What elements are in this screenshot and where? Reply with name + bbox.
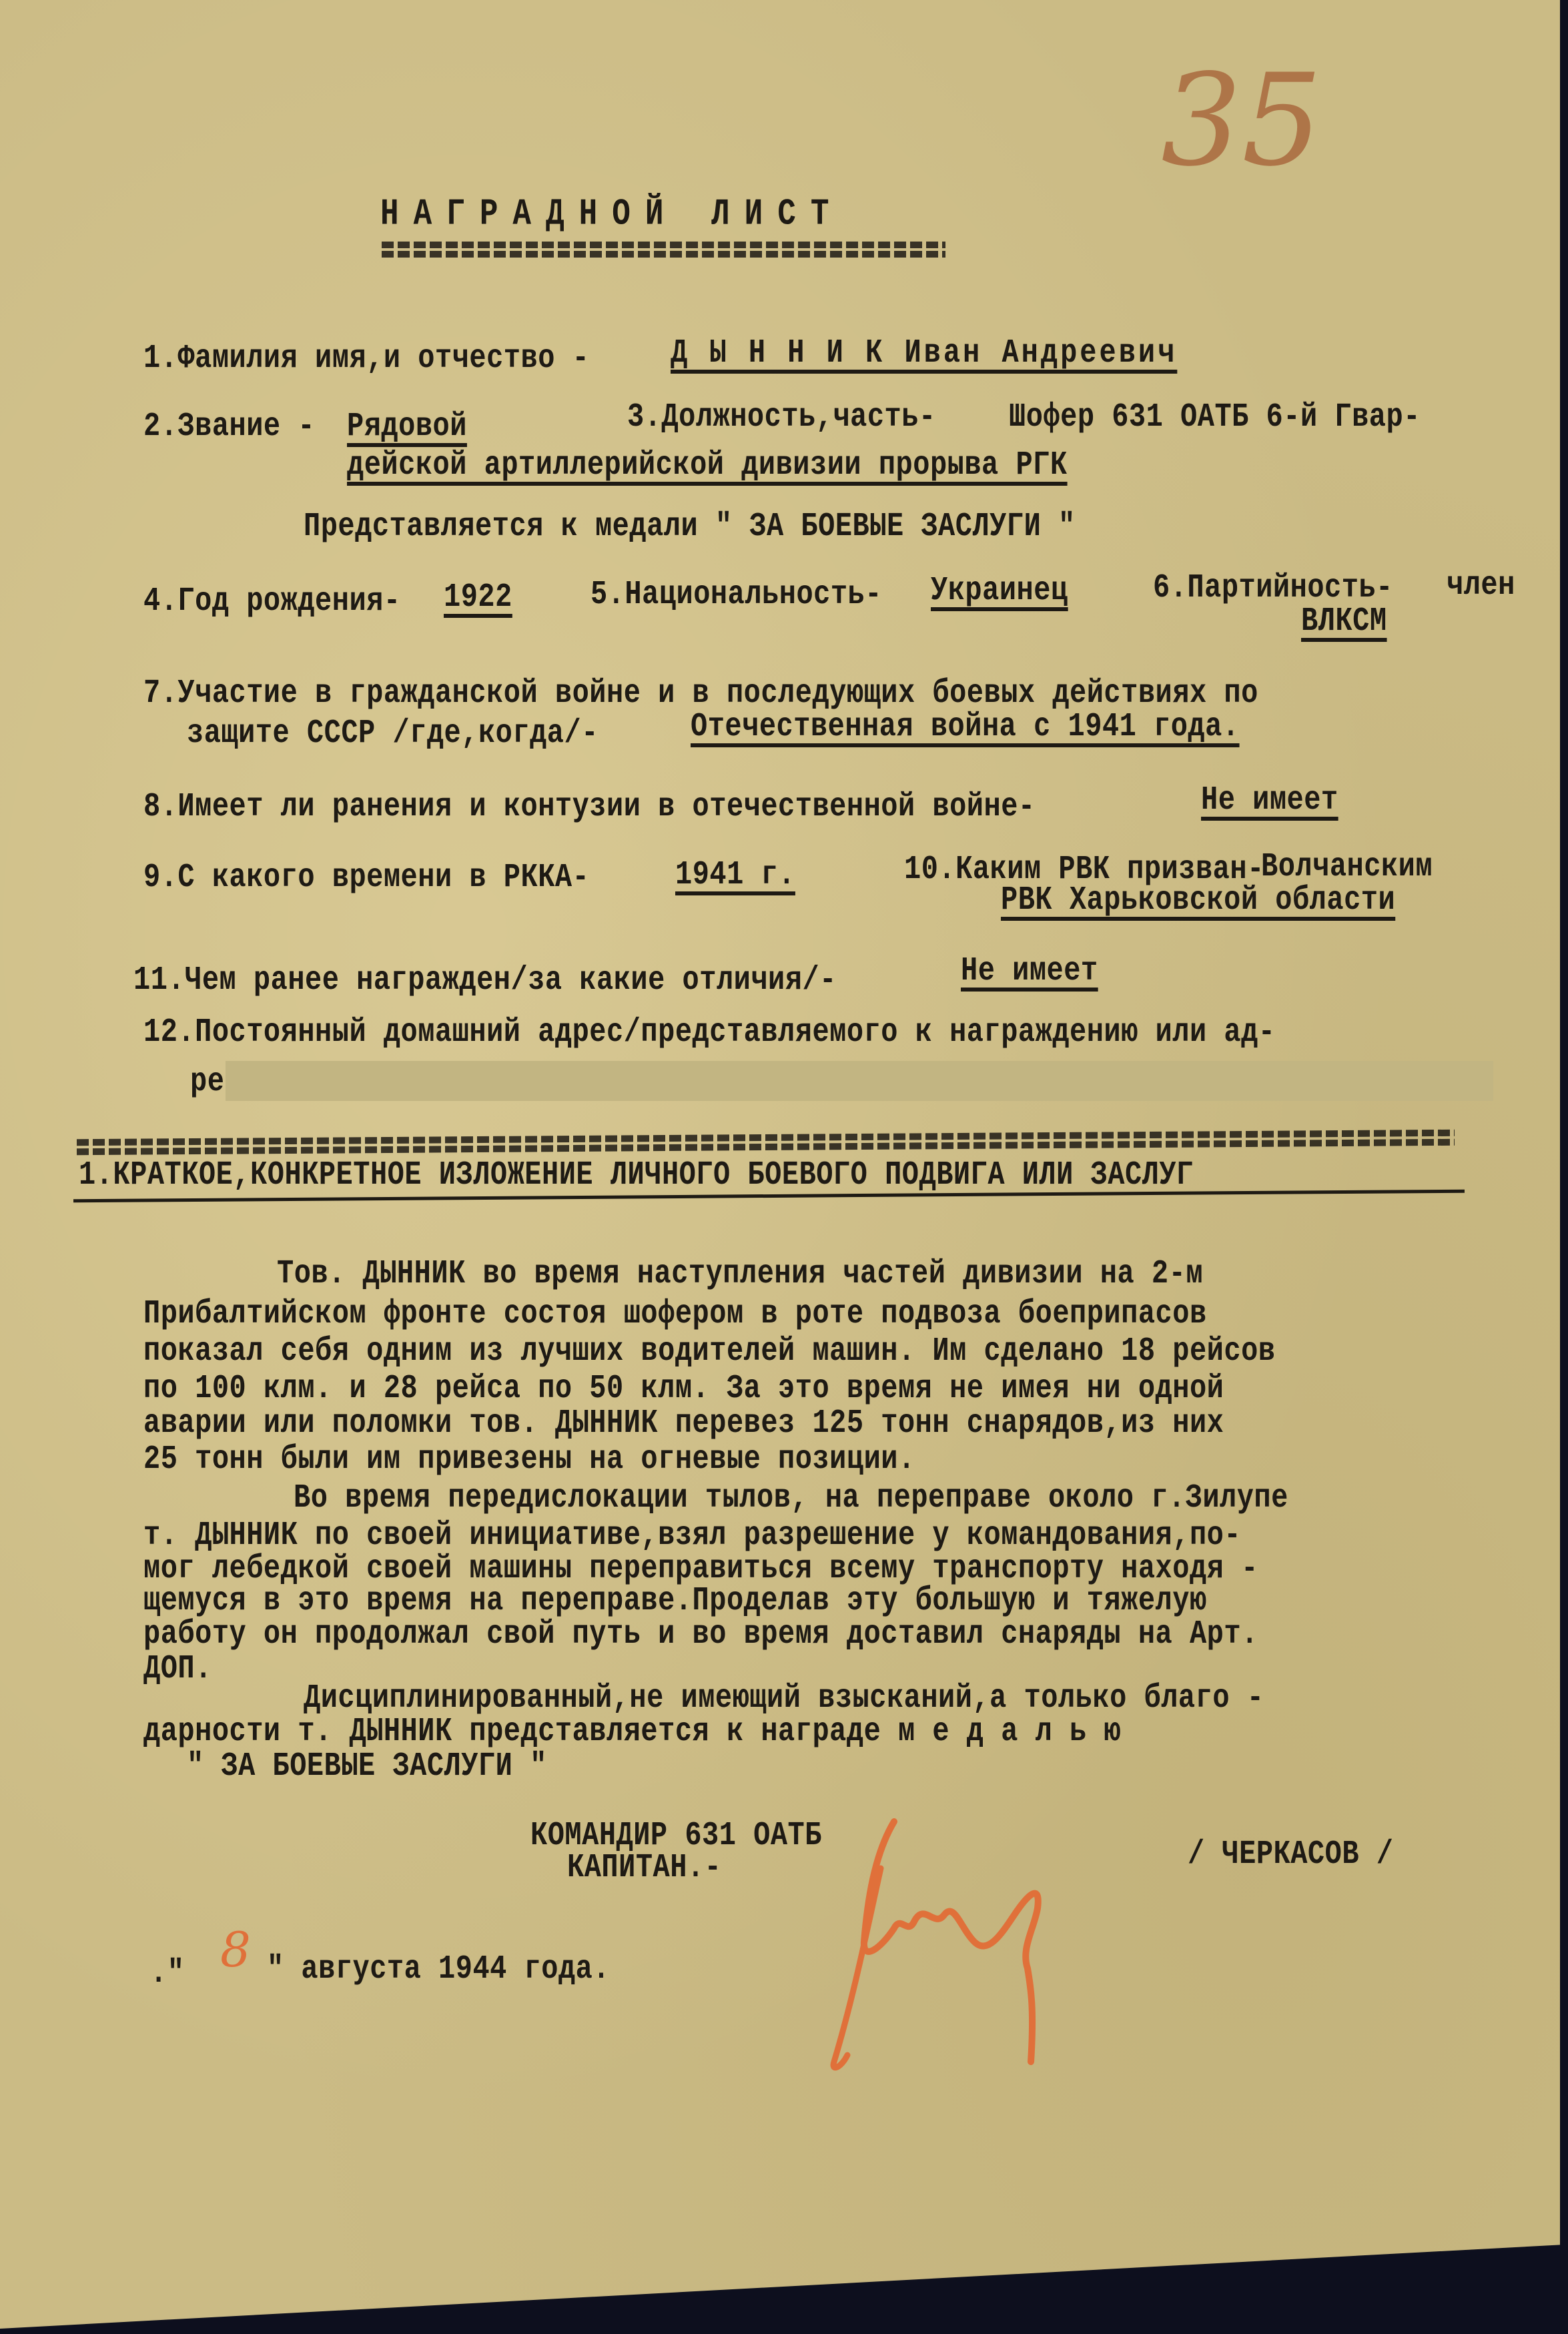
body-line: Прибалтийском фронте состоя шофером в ро…: [143, 1294, 1207, 1333]
body-line: ДОП.: [143, 1649, 212, 1688]
field-10-value-line1: Волчанским: [1261, 847, 1433, 886]
field-2-value: Рядовой: [347, 407, 467, 446]
field-5-label: 5.Национальность-: [591, 575, 882, 614]
field-4-label: 4.Год рождения-: [143, 582, 401, 621]
signer-rank: КАПИТАН.-: [567, 1848, 721, 1887]
field-8-label: 8.Имеет ли ранения и контузии в отечеств…: [143, 787, 1036, 826]
title-divider: [382, 242, 945, 248]
handwritten-signature: [801, 1795, 1174, 2075]
body-line: Тов. ДЫННИК во время наступления частей …: [277, 1254, 1203, 1293]
field-4-value: 1922: [444, 578, 512, 617]
field-2-label: 2.Звание -: [143, 407, 315, 446]
field-6-value-line2: ВЛКСМ: [1301, 602, 1387, 641]
body-line: Во время передислокации тылов, на перепр…: [294, 1479, 1288, 1517]
title-divider: [382, 251, 945, 258]
field-12-label-line1: 12.Постоянный домашний адрес/представляе…: [143, 1013, 1275, 1052]
signer-name: / ЧЕРКАСОВ /: [1188, 1835, 1393, 1874]
field-3-value-line2: дейской артиллерийской дивизии прорыва Р…: [347, 446, 1068, 484]
body-line: " ЗА БОЕВЫЕ ЗАСЛУГИ ": [187, 1747, 547, 1786]
field-6-value-line1: член: [1447, 566, 1515, 605]
field-5-value: Украинец: [931, 571, 1068, 610]
body-line: 25 тонн были им привезены на огневые поз…: [143, 1440, 915, 1479]
nomination-line: Представляется к медали " ЗА БОЕВЫЕ ЗАСЛ…: [304, 507, 1076, 546]
document-title: НАГРАДНОЙ ЛИСТ: [380, 193, 843, 235]
body-line: щемуся в это время на переправе.Проделав…: [143, 1581, 1207, 1620]
field-8-value: Не имеет: [1201, 781, 1338, 819]
field-11-value: Не имеет: [961, 951, 1098, 990]
field-3-label: 3.Должность,часть-: [627, 398, 936, 436]
field-1-value: Д Ы Н Н И К Иван Андреевич: [671, 334, 1177, 372]
field-7-label-line1: 7.Участие в гражданской войне и в послед…: [143, 674, 1258, 713]
body-line: дарности т. ДЫННИК представляется к нагр…: [143, 1712, 1121, 1751]
field-1-label: 1.Фамилия имя,и отчество -: [143, 339, 589, 378]
body-line: показал себя одним из лучших водителей м…: [143, 1332, 1275, 1371]
field-10-value-line2: РВК Харьковской области: [1001, 881, 1395, 919]
section-heading: 1.КРАТКОЕ,КОНКРЕТНОЕ ИЗЛОЖЕНИЕ ЛИЧНОГО Б…: [79, 1156, 1194, 1194]
field-7-label-line2: защите СССР /где,когда/-: [187, 714, 599, 753]
field-3-value-line1: Шофер 631 ОАТБ 6-й Гвар-: [1009, 398, 1421, 436]
date-month-year: " августа 1944 года.: [267, 1950, 610, 1988]
field-11-label: 11.Чем ранее награжден/за какие отличия/…: [133, 961, 837, 1000]
date-day-handwritten: 8: [220, 1922, 251, 1978]
award-sheet-page: 35 НАГРАДНОЙ ЛИСТ 1.Фамилия имя,и отчест…: [0, 0, 1560, 2329]
body-line: по 100 клм. и 28 рейса по 50 клм. За это…: [143, 1369, 1224, 1408]
archive-page-number: 35: [1161, 47, 1322, 194]
body-line: работу он продолжал свой путь и во время…: [143, 1615, 1258, 1653]
field-6-label: 6.Партийность-: [1153, 568, 1393, 607]
redacted-address: [226, 1061, 1493, 1101]
body-line: аварии или поломки тов. ДЫННИК перевез 1…: [143, 1404, 1224, 1443]
body-line: т. ДЫННИК по своей инициативе,взял разре…: [143, 1516, 1241, 1555]
field-9-label: 9.С какого времени в РККА-: [143, 858, 589, 897]
body-line: Дисциплинированный,не имеющий взысканий,…: [304, 1679, 1264, 1717]
field-7-value: Отечественная война с 1941 года.: [691, 707, 1240, 746]
date-open-quote: .": [150, 1954, 184, 1992]
field-9-value: 1941 г.: [675, 855, 795, 894]
